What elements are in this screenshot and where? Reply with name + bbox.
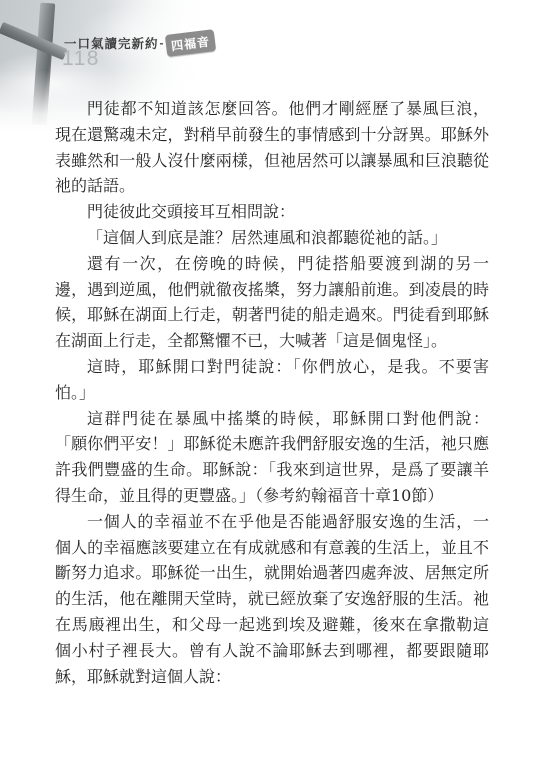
text-line: 門徒都不知道該怎麼回答。他們才剛經歷了暴風巨浪， (55, 96, 489, 122)
text-line: 現在還驚魂未定，對稍早前發生的事情感到十分訝異。耶穌外 (55, 122, 489, 148)
text-line: 邊，遇到逆風，他們就徹夜搖槳，努力讓船前進。到凌晨的時 (55, 277, 489, 303)
text-line: 個小村子裡長大。曾有人說不論耶穌去到哪裡，都要跟隨耶 (55, 638, 489, 664)
book-page: 一口氣讀完新約 - 四福音 118 門徒都不知道該怎麼回答。他們才剛經歷了暴風巨… (0, 0, 541, 768)
text-line: 個人的幸福應該要建立在有成就感和有意義的生活上，並且不 (55, 535, 489, 561)
text-line: 在湖面上行走，全都驚懼不已，大喊著「這是個鬼怪」。 (55, 328, 489, 354)
text-line: 斷努力追求。耶穌從一出生，就開始過著四處奔波、居無定所 (55, 560, 489, 586)
text-line: 門徒彼此交頭接耳互相問說： (55, 199, 489, 225)
text-line: 「願你們平安！」耶穌從未應許我們舒服安逸的生活，祂只應 (55, 431, 489, 457)
text-line: 穌，耶穌就對這個人說： (55, 664, 489, 690)
text-line: 候，耶穌在湖面上行走，朝著門徒的船走過來。門徒看到耶穌 (55, 302, 489, 328)
text-line: 的生活，他在離開天堂時，就已經放棄了安逸舒服的生活。祂 (55, 586, 489, 612)
text-line: 在馬廄裡出生，和父母一起逃到埃及避難，後來在拿撒勒這 (55, 612, 489, 638)
gospels-badge: 四福音 (164, 29, 215, 57)
text-line: 許我們豐盛的生命。耶穌說：「我來到這世界，是爲了要讓羊 (55, 457, 489, 483)
text-line: 祂的話語。 (55, 173, 489, 199)
text-line: 這時，耶穌開口對門徒說：「你們放心，是我。不要害 (55, 354, 489, 380)
text-line: 怕。」 (55, 380, 489, 406)
text-line: 這群門徒在暴風中搖槳的時候，耶穌開口對他們說： (55, 406, 489, 432)
text-line: 還有一次，在傍晚的時候，門徒搭船要渡到湖的另一 (55, 251, 489, 277)
page-number: 118 (62, 47, 100, 71)
title-badge-separator: - (160, 36, 164, 50)
text-line: 「這個人到底是誰？居然連風和浪都聽從祂的話。」 (55, 225, 489, 251)
body-text: 門徒都不知道該怎麼回答。他們才剛經歷了暴風巨浪，現在還驚魂未定，對稍早前發生的事… (55, 96, 489, 689)
text-line: 得生命，並且得的更豐盛。」（參考約翰福音十章10節） (55, 483, 489, 509)
text-line: 表雖然和一般人沒什麼兩樣，但祂居然可以讓暴風和巨浪聽從 (55, 148, 489, 174)
text-line: 一個人的幸福並不在乎他是否能過舒服安逸的生活，一 (55, 509, 489, 535)
